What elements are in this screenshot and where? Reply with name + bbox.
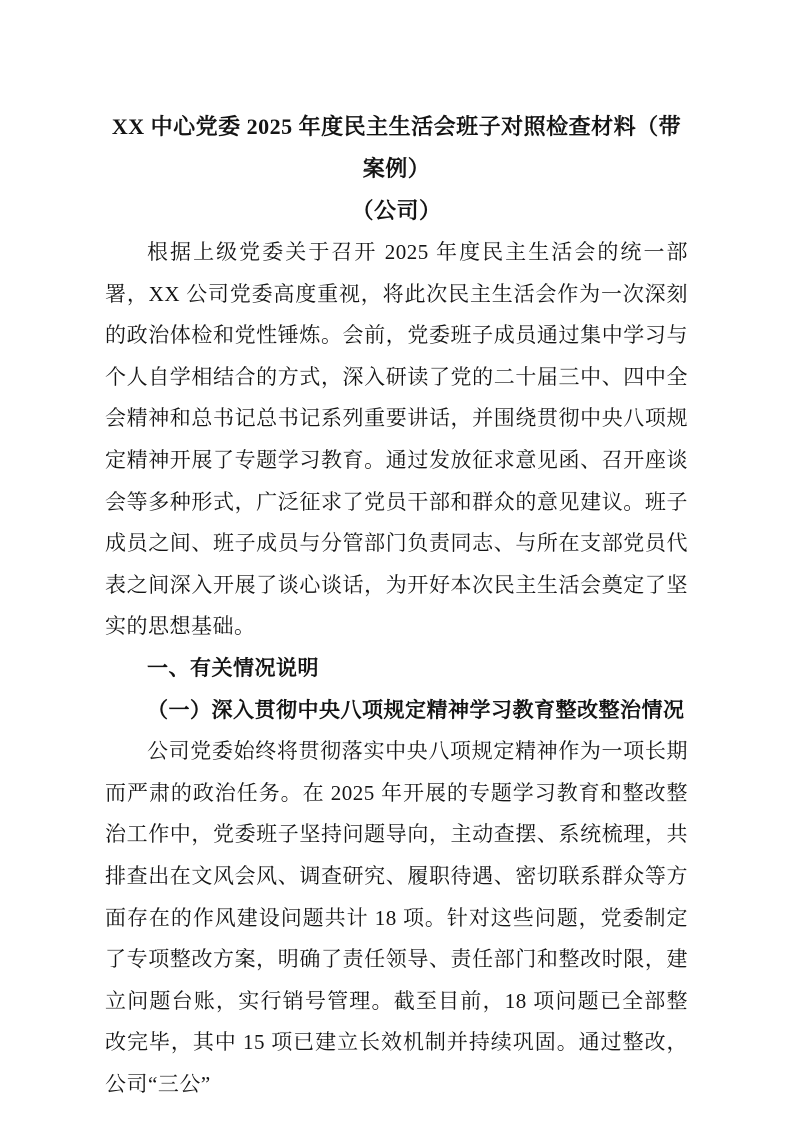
document-page: XX 中心党委 2025 年度民主生活会班子对照检查材料（带案例） （公司） 根… bbox=[0, 0, 793, 1122]
paragraph-intro: 根据上级党委关于召开 2025 年度民主生活会的统一部署，XX 公司党委高度重视… bbox=[105, 232, 688, 648]
subsection-heading-eight-provisions: （一）深入贯彻中央八项规定精神学习教育整改整治情况 bbox=[105, 690, 688, 732]
document-title-line1: XX 中心党委 2025 年度民主生活会班子对照检查材料（带案例） bbox=[105, 106, 688, 190]
paragraph-rectification-details: 公司党委始终将贯彻落实中央八项规定精神作为一项长期而严肃的政治任务。在 2025… bbox=[105, 731, 688, 1105]
section-heading-situation-overview: 一、有关情况说明 bbox=[105, 648, 688, 690]
document-title-line2: （公司） bbox=[105, 190, 688, 232]
